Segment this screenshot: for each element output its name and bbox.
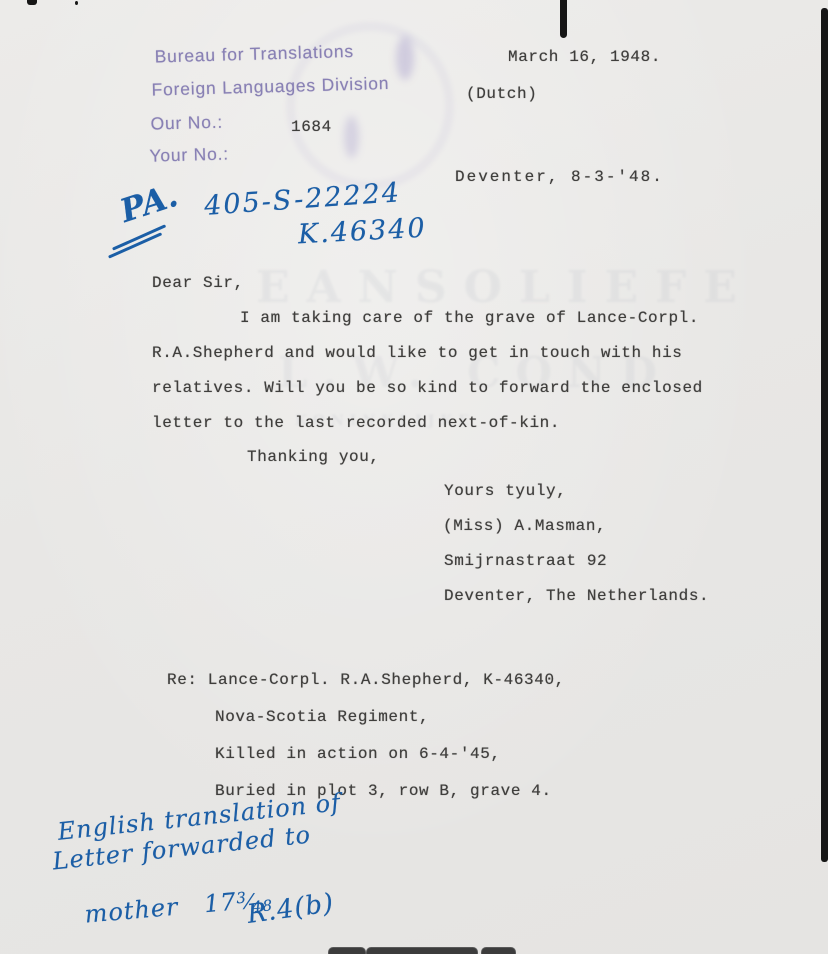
stamp-division-line: Foreign Languages Division <box>151 73 389 101</box>
toolbar-button-partial[interactable] <box>328 947 366 954</box>
bottom-note-mother: mother <box>84 893 180 929</box>
closing-yours-truly: Yours tyuly, <box>444 482 566 500</box>
toolbar-button-partial[interactable] <box>366 947 478 954</box>
re-line-1: Re: Lance-Corpl. R.A.Shepherd, K-46340, <box>167 671 565 689</box>
our-no-value: 1684 <box>291 118 332 136</box>
place-date-line: Deventer, 8-3-'48. <box>455 168 664 186</box>
stamp-our-no-label: Our No.: <box>150 112 223 135</box>
stamp-your-no-label: Your No.: <box>149 144 229 167</box>
scanned-letter-page: EANSOLIEFE L.W. COND KONINKLIJKE Bureau … <box>0 0 828 954</box>
closing-city: Deventer, The Netherlands. <box>444 587 709 605</box>
scan-edge-right <box>821 8 828 862</box>
closing-name: (Miss) A.Masman, <box>443 517 606 535</box>
toolbar-button-partial[interactable] <box>481 947 516 954</box>
re-line-2: Nova-Scotia Regiment, <box>215 708 429 726</box>
body-line: letter to the last recorded next-of-kin. <box>152 414 560 432</box>
scan-dot-top <box>75 1 78 5</box>
initials-underline <box>112 224 166 250</box>
closing-street: Smijrnastraat 92 <box>444 552 607 570</box>
thanking-line: Thanking you, <box>247 448 380 466</box>
scan-mark-top-middle <box>560 0 567 38</box>
letter-date: March 16, 1948. <box>508 48 661 66</box>
stamp-bureau-line: Bureau for Translations <box>154 41 354 68</box>
handwritten-initials: PA. <box>116 176 183 230</box>
scan-mark-top-left <box>27 0 37 5</box>
watermark-line-1: EANSOLIEFE <box>256 262 754 313</box>
translation-bureau-stamp: Bureau for Translations Foreign Language… <box>146 37 489 166</box>
re-line-3: Killed in action on 6-4-'45, <box>215 745 501 763</box>
body-line: I am taking care of the grave of Lance-C… <box>240 309 699 327</box>
handwritten-service-number: K.46340 <box>297 213 427 251</box>
language-note: (Dutch) <box>466 85 537 103</box>
body-line: relatives. Will you be so kind to forwar… <box>152 379 703 397</box>
note-date-day: 17 <box>203 887 238 918</box>
body-line: R.A.Shepherd and would like to get in to… <box>152 344 682 362</box>
salutation: Dear Sir, <box>152 274 244 292</box>
